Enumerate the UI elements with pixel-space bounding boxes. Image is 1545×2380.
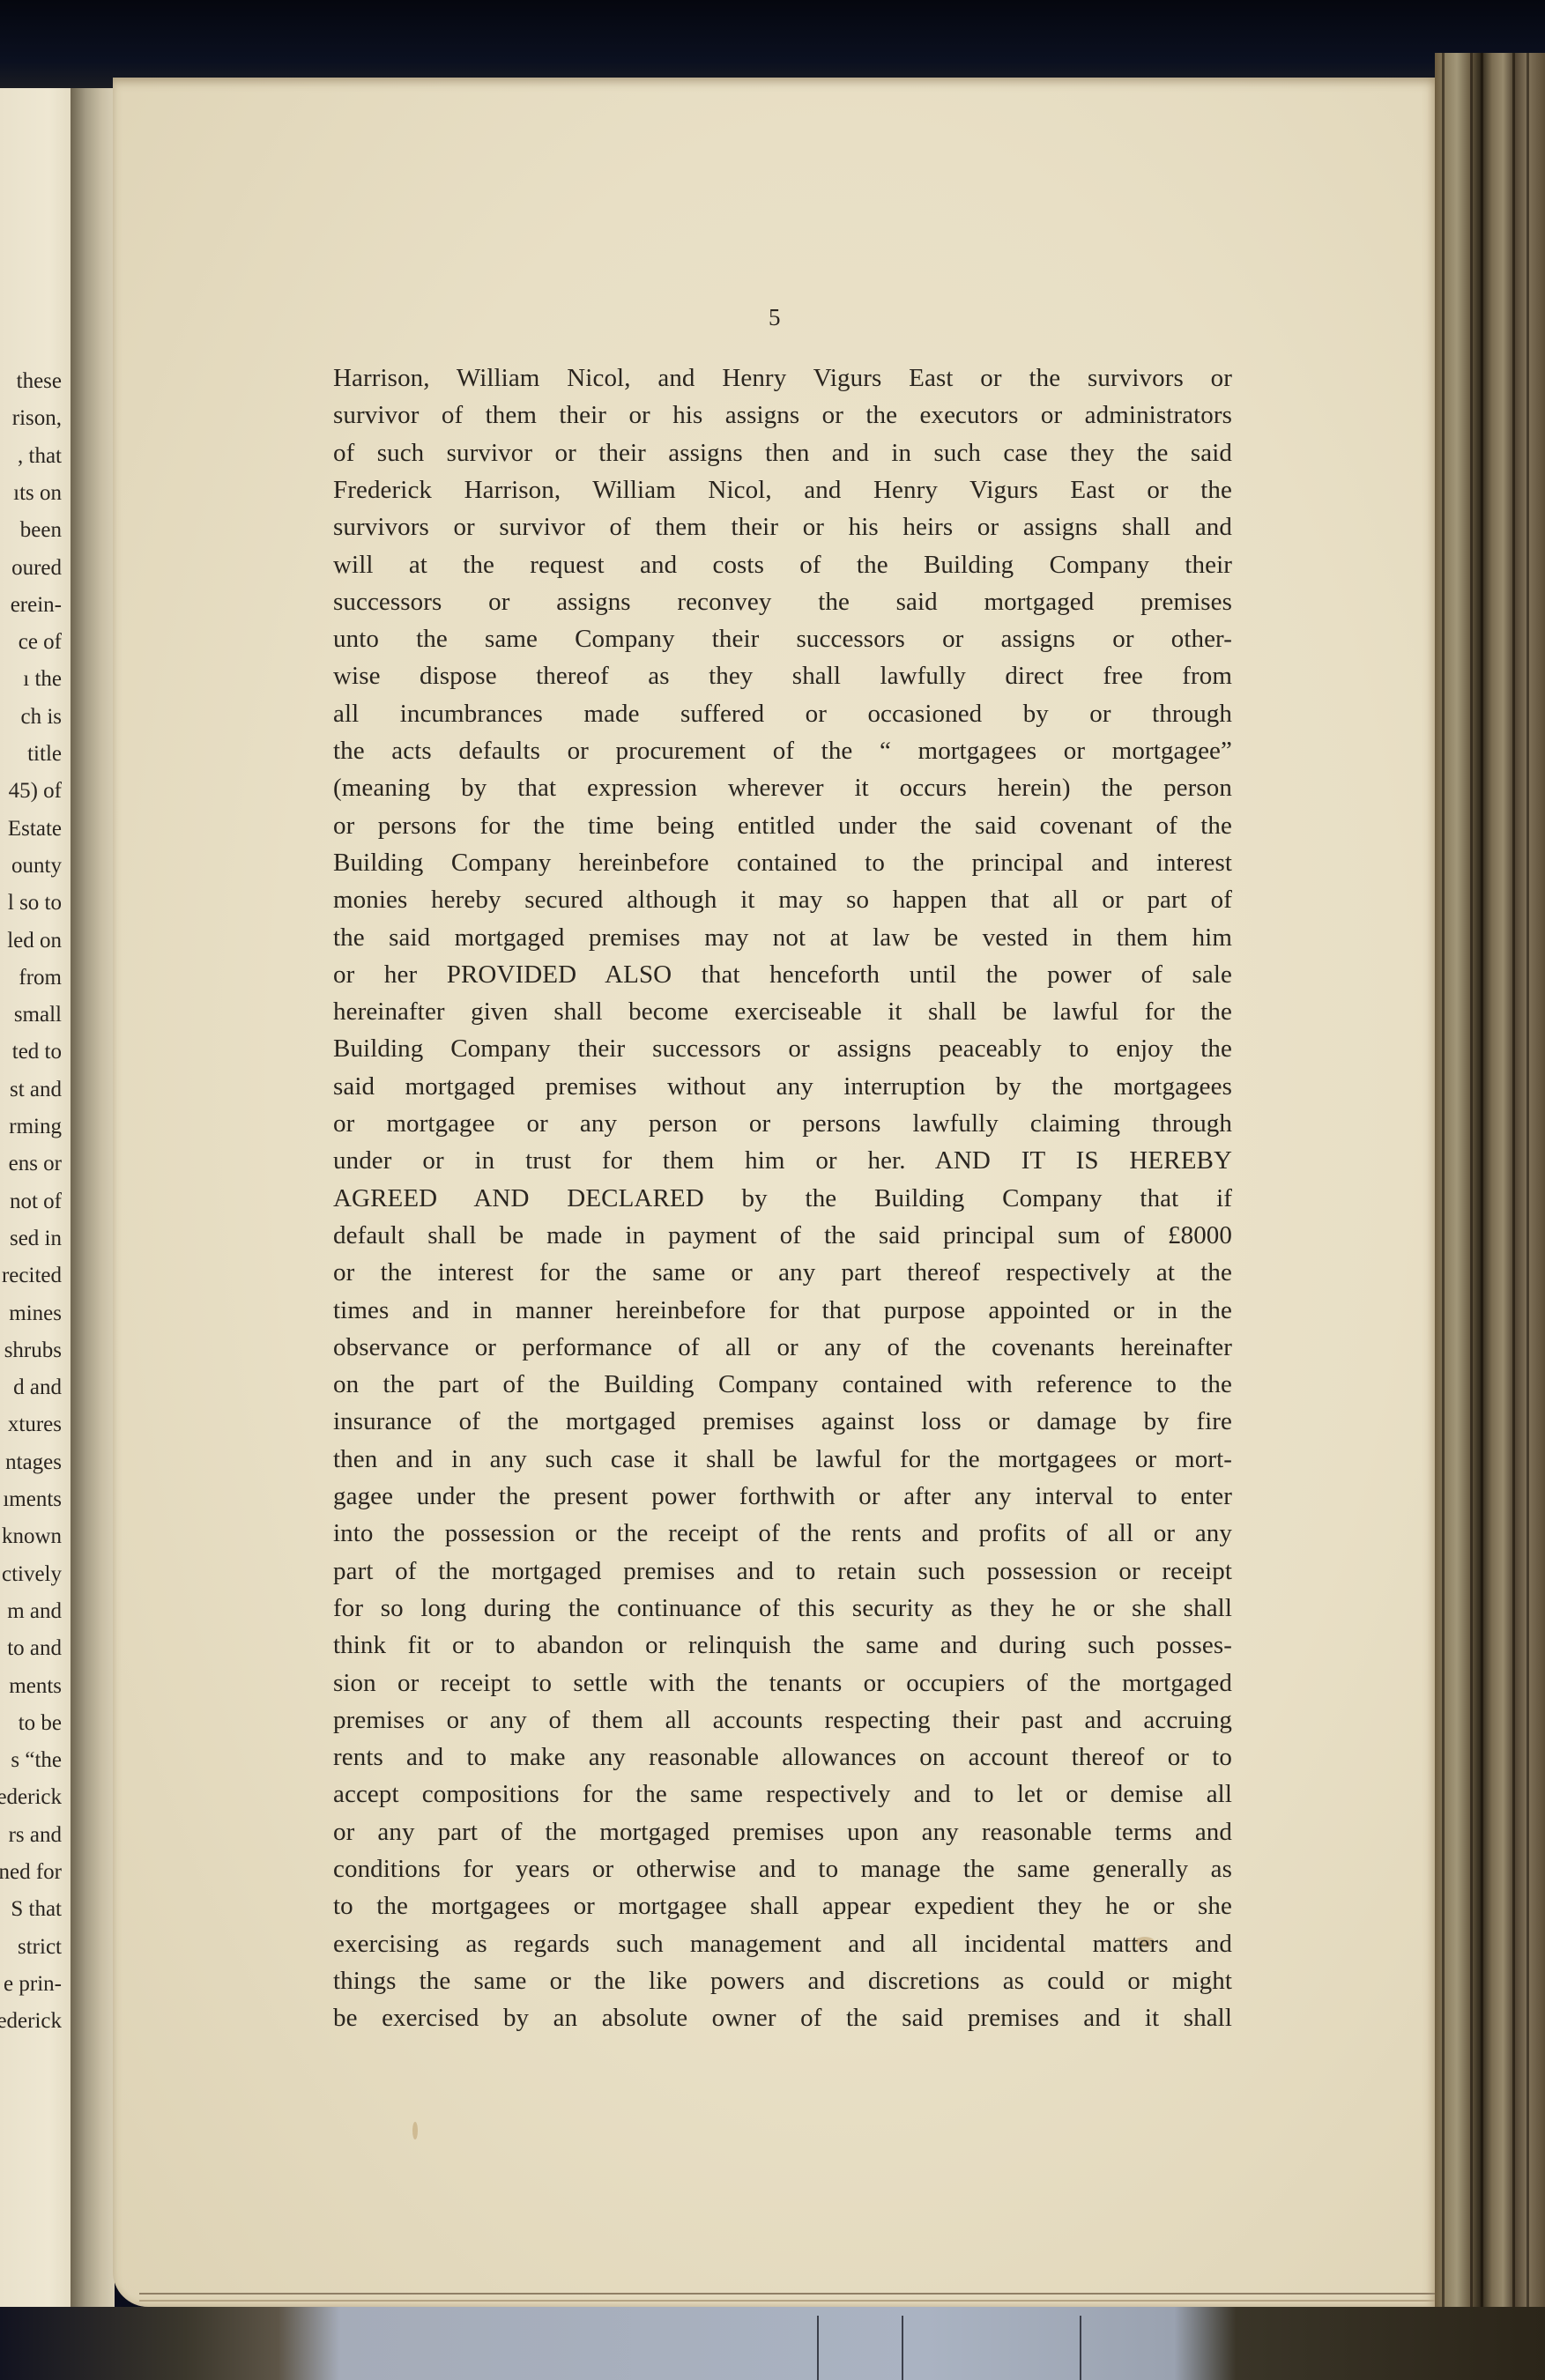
text-line: then and in any such case it shall be la…	[333, 1444, 1232, 1474]
left-page-text-fragment: title	[27, 743, 62, 765]
text-line: for so long during the continuance of th…	[333, 1593, 1232, 1623]
left-page-text-fragment: , that	[18, 445, 62, 467]
left-page-text-fragment: been	[20, 519, 62, 541]
text-line: premises or any of them all accounts res…	[333, 1705, 1232, 1735]
left-page-text-fragment: oured	[11, 557, 62, 579]
text-line: rents and to make any reasonable allowan…	[333, 1742, 1232, 1772]
tab-divider	[1080, 2316, 1081, 2380]
left-page-text-fragment: rs and	[9, 1824, 62, 1846]
left-page-text-fragment: ch is	[20, 706, 62, 728]
left-page-text-fragment: m and	[7, 1600, 62, 1622]
left-page-text-fragment: S that	[11, 1898, 62, 1920]
left-page-text-fragment: rison,	[12, 407, 62, 429]
text-line: survivors or survivor of them their or h…	[333, 512, 1232, 542]
paper-stain	[412, 2122, 418, 2139]
text-line: observance or performance of all or any …	[333, 1332, 1232, 1362]
left-page-text-fragment: d and	[13, 1376, 62, 1398]
text-line: part of the mortgaged premises and to re…	[333, 1556, 1232, 1586]
left-page-text-fragment: l so to	[8, 892, 62, 914]
left-page-sliver: theserison,, thatıts onbeenourederein-ce…	[0, 88, 71, 2344]
text-line: or any part of the mortgaged premises up…	[333, 1817, 1232, 1847]
left-page-text-fragment: strict	[18, 1936, 62, 1958]
text-line: on the part of the Building Company cont…	[333, 1369, 1232, 1399]
page-gutter	[71, 88, 115, 2309]
left-page-text-fragment: sed in	[10, 1227, 62, 1249]
text-line: the said mortgaged premises may not at l…	[333, 923, 1232, 953]
left-page-text-fragment: shrubs	[4, 1339, 62, 1361]
text-line: all incumbrances made suffered or occasi…	[333, 699, 1232, 729]
left-page-text-fragment: to be	[19, 1712, 62, 1734]
left-page-text-fragment: ounty	[11, 855, 62, 877]
text-line: Building Company their successors or ass…	[333, 1034, 1232, 1064]
left-page-text-fragment: recited	[2, 1264, 62, 1286]
left-page-text-fragment: ted to	[12, 1041, 62, 1063]
left-page-text-fragment: st and	[10, 1079, 62, 1101]
text-line: Building Company hereinbefore contained …	[333, 848, 1232, 878]
left-page-text-fragment: from	[19, 967, 62, 989]
left-page-text-fragment: known	[2, 1525, 62, 1547]
left-page-text-fragment: ments	[9, 1675, 62, 1697]
book-cover-top	[0, 0, 1545, 88]
left-page-text-fragment: Estate	[8, 818, 62, 840]
left-page-text-fragment: these	[17, 370, 62, 392]
bottom-blue-tab	[0, 2307, 1545, 2380]
text-line: or persons for the time being entitled u…	[333, 811, 1232, 841]
text-line: sion or receipt to settle with the tenan…	[333, 1668, 1232, 1698]
left-page-text-fragment: erein-	[11, 594, 62, 616]
left-page-text-fragment: ıments	[3, 1488, 62, 1510]
page-number: 5	[769, 304, 781, 331]
text-line: will at the request and costs of the Bui…	[333, 550, 1232, 580]
left-page-text-fragment: ntages	[5, 1451, 62, 1473]
text-line: AGREED AND DECLARED by the Building Comp…	[333, 1183, 1232, 1213]
page-bottom-edge	[139, 2293, 1437, 2302]
left-page-text-fragment: ned for	[0, 1861, 62, 1883]
left-page-text-fragment: mines	[9, 1302, 62, 1324]
text-line: default shall be made in payment of the …	[333, 1220, 1232, 1250]
left-page-text-fragment: xtures	[8, 1413, 62, 1435]
text-line: Frederick Harrison, William Nicol, and H…	[333, 475, 1232, 505]
text-line: or her PROVIDED ALSO that henceforth unt…	[333, 960, 1232, 990]
text-line: hereinafter given shall become exercisea…	[333, 997, 1232, 1027]
text-line: into the possession or the receipt of th…	[333, 1518, 1232, 1548]
text-line: things the same or the like powers and d…	[333, 1966, 1232, 1996]
left-page-text-fragment: ctively	[2, 1563, 62, 1585]
left-page-text-fragment: rming	[9, 1116, 62, 1138]
text-line: to the mortgagees or mortgagee shall app…	[333, 1891, 1232, 1921]
text-line: (meaning by that expression wherever it …	[333, 773, 1232, 803]
left-page-text-fragment: ederick	[0, 1786, 62, 1808]
left-page-text-fragment: not of	[10, 1190, 62, 1212]
text-line: think fit or to abandon or relinquish th…	[333, 1630, 1232, 1660]
left-page-text-fragment: led on	[7, 930, 62, 952]
text-line: survivor of them their or his assigns or…	[333, 400, 1232, 430]
text-line: or the interest for the same or any part…	[333, 1257, 1232, 1287]
right-fore-edges	[1435, 53, 1545, 2380]
left-page-text-fragment: 45) of	[9, 780, 62, 802]
text-line: unto the same Company their successors o…	[333, 624, 1232, 654]
tab-divider	[902, 2316, 903, 2380]
left-page-text-fragment: small	[14, 1004, 62, 1026]
tab-divider	[817, 2316, 819, 2380]
left-page-text-fragment: s “the	[11, 1749, 62, 1771]
text-line: be exercised by an absolute owner of the…	[333, 2003, 1232, 2033]
text-line: times and in manner hereinbefore for tha…	[333, 1295, 1232, 1325]
left-page-text-fragment: ı the	[23, 668, 62, 690]
left-page-text-fragment: ederick	[0, 2010, 62, 2032]
text-line: Harrison, William Nicol, and Henry Vigur…	[333, 363, 1232, 393]
text-line: the acts defaults or procurement of the …	[333, 736, 1232, 766]
text-line: monies hereby secured although it may so…	[333, 885, 1232, 915]
left-page-text-fragment: ens or	[9, 1153, 62, 1175]
text-line: of such survivor or their assigns then a…	[333, 438, 1232, 468]
left-page-text-fragment: ıts on	[13, 482, 62, 504]
text-line: accept compositions for the same respect…	[333, 1779, 1232, 1809]
text-line: or mortgagee or any person or persons la…	[333, 1108, 1232, 1138]
text-line: conditions for years or otherwise and to…	[333, 1854, 1232, 1884]
text-line: gagee under the present power forthwith …	[333, 1481, 1232, 1511]
text-line: successors or assigns reconvey the said …	[333, 587, 1232, 617]
text-line: insurance of the mortgaged premises agai…	[333, 1406, 1232, 1436]
text-line: said mortgaged premises without any inte…	[333, 1071, 1232, 1101]
left-page-text-fragment: to and	[7, 1637, 62, 1659]
text-line: exercising as regards such management an…	[333, 1929, 1232, 1959]
text-line: wise dispose thereof as they shall lawfu…	[333, 661, 1232, 691]
left-page-text-fragment: ce of	[19, 631, 62, 653]
text-line: under or in trust for them him or her. A…	[333, 1146, 1232, 1175]
left-page-text-fragment: e prin-	[4, 1973, 62, 1995]
